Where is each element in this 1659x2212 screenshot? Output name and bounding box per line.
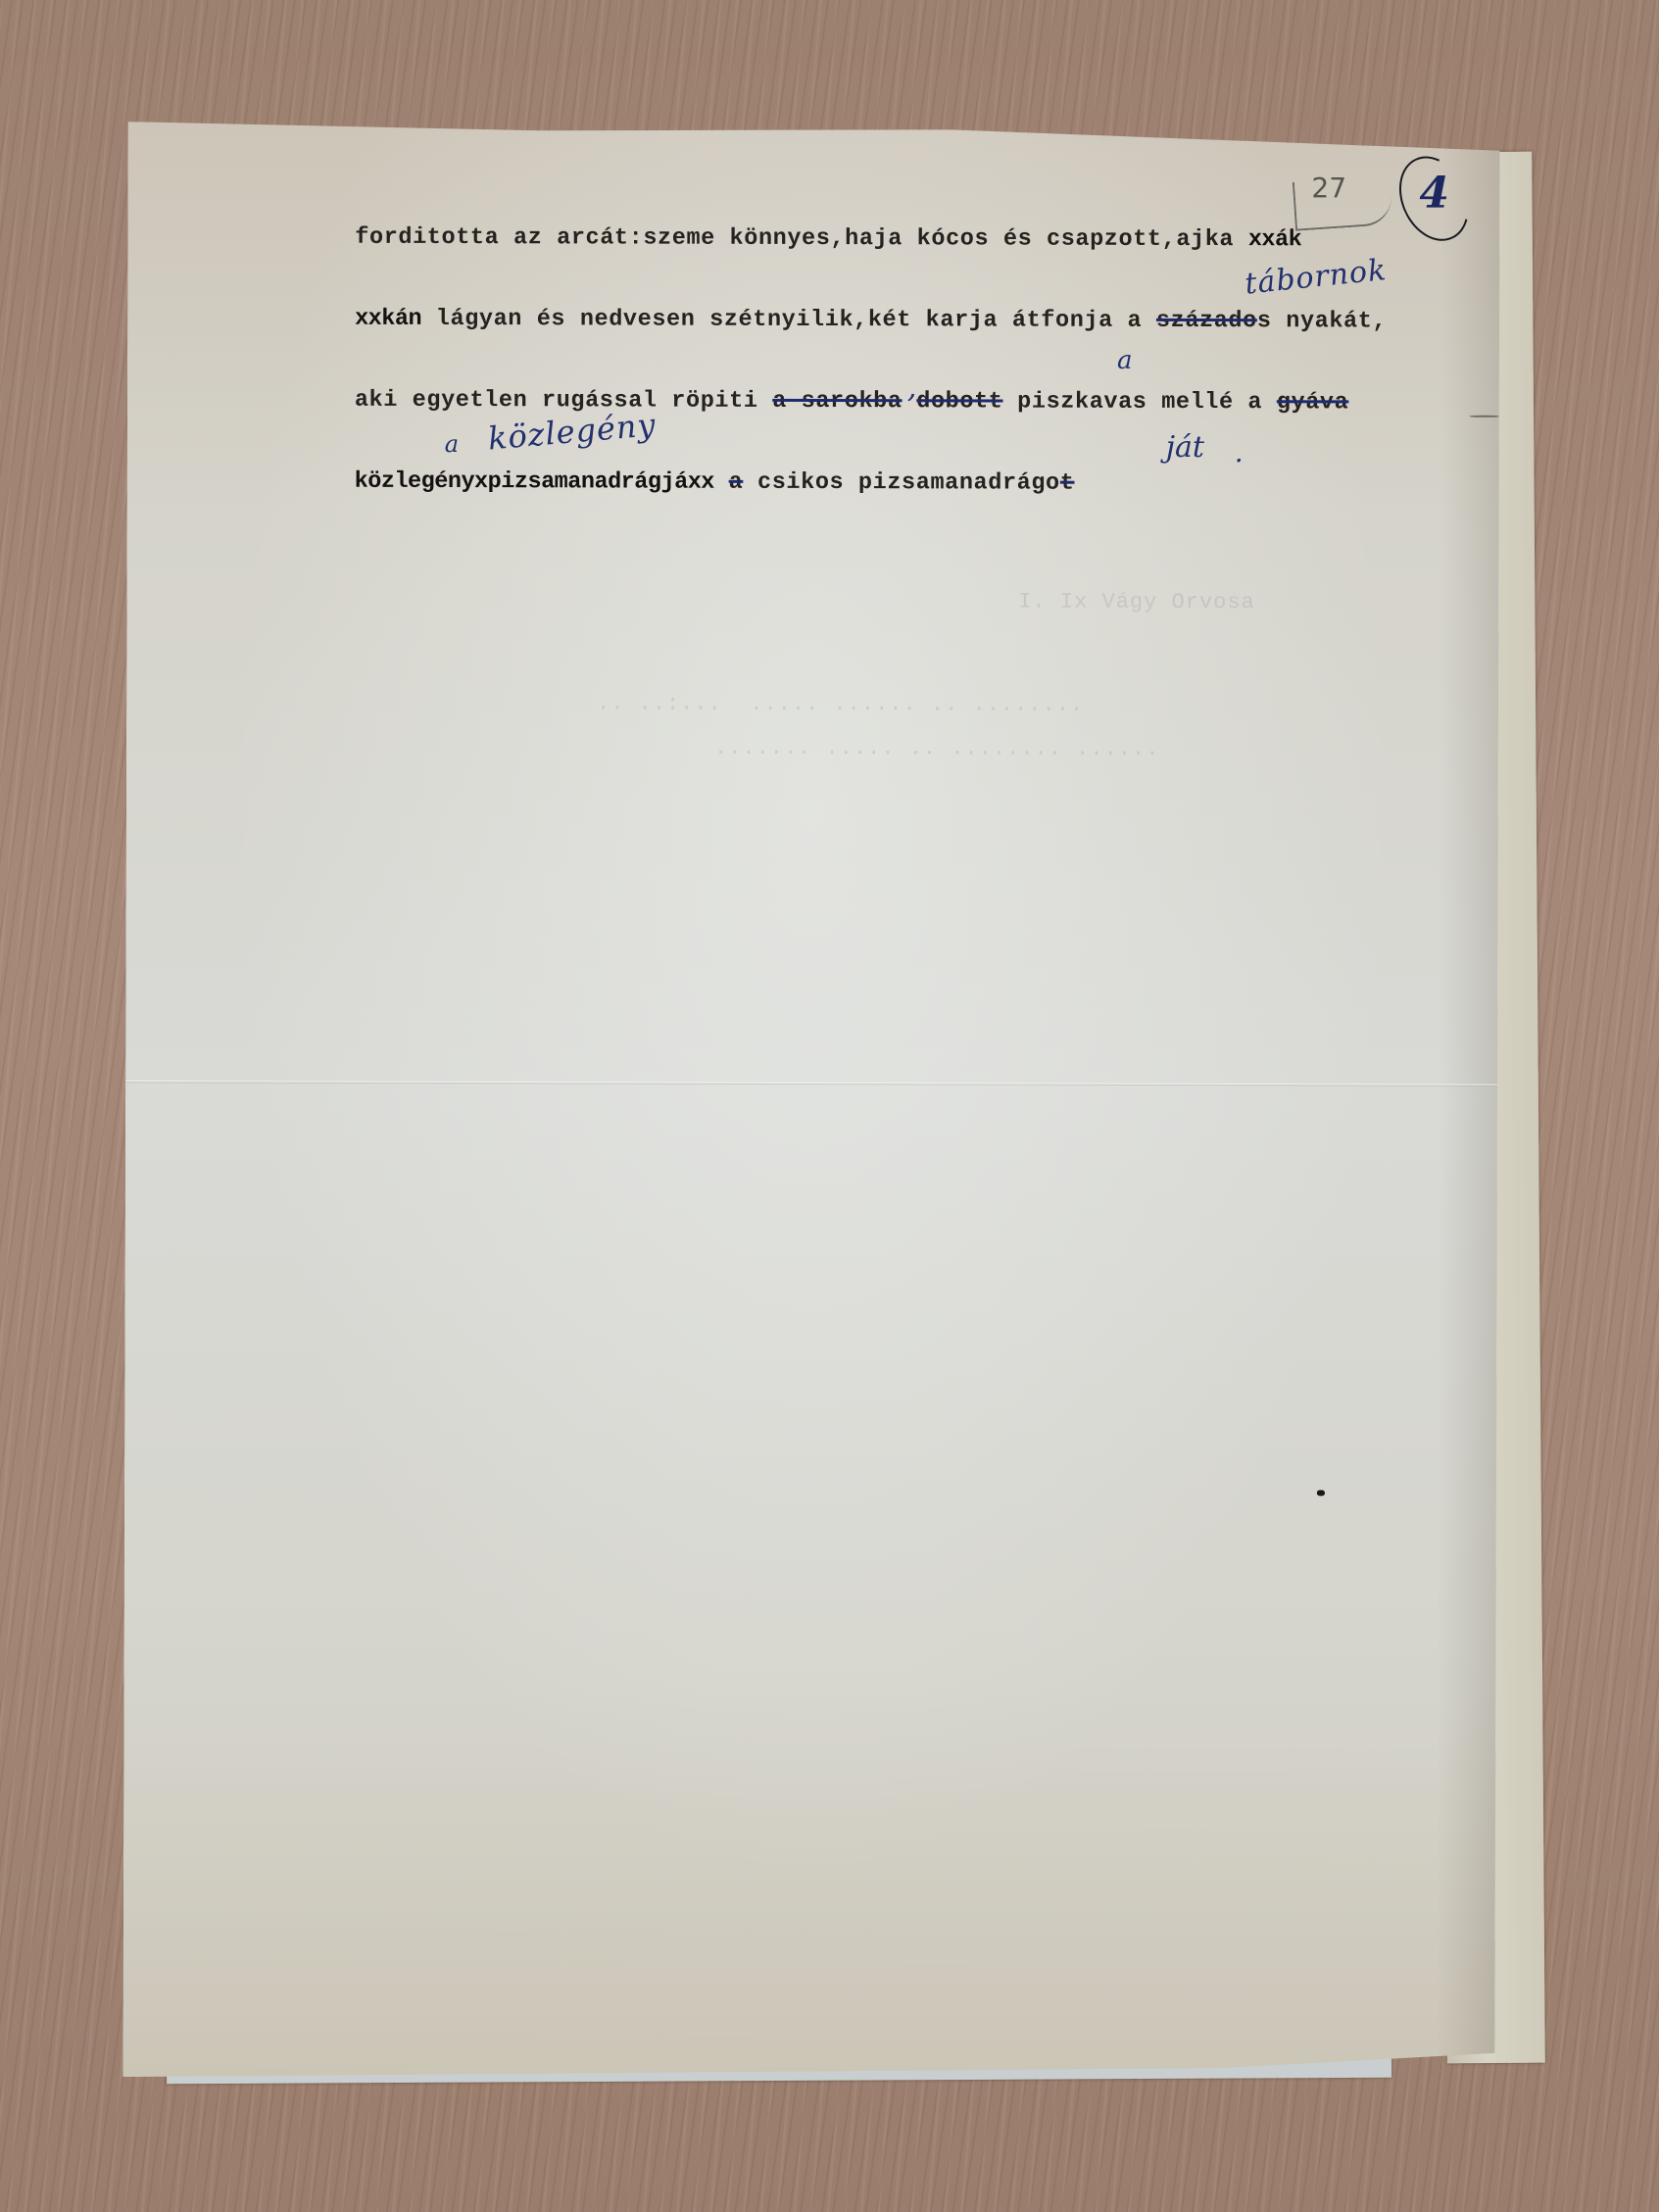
typed-line: aki egyetlen rugással röpiti a sarokba d… (355, 387, 1349, 419)
handwritten-period: . (1235, 436, 1244, 468)
typed-segment (714, 469, 729, 496)
ink-struck-word: százado (1156, 308, 1257, 334)
ink-struck-word: gyáva (1277, 389, 1349, 416)
typewritten-page: I. Ix Vágy Orvosa .. ..:... ..... ......… (122, 122, 1499, 2081)
typed-segment: forditotta az arcát:szeme könnyes,haja k… (355, 224, 1248, 253)
page-number: 4 (1419, 169, 1449, 219)
bleed-through-text: .. ..:... ..... ...... .. ........ (597, 691, 1084, 716)
typed-out-word: xxák (1248, 226, 1301, 253)
typed-line: közlegényxpizsamanadrágjáxx a csikos piz… (355, 468, 1075, 500)
pencil-folio-number: 27 (1311, 172, 1346, 204)
handwritten-suffix: ját (1166, 430, 1204, 465)
bleed-through-text: I. Ix Vágy Orvosa (1018, 590, 1255, 615)
handwritten-correction: tábornok (1244, 253, 1389, 302)
handwritten-comma: , (907, 370, 917, 405)
ink-speck (1317, 1490, 1325, 1496)
typed-out-word: xxkán (355, 306, 421, 332)
handwritten-correction: a (445, 430, 459, 458)
ink-struck-word: a sarokba (772, 388, 902, 415)
typed-segment: csikos pizsamanadrágo (743, 469, 1060, 497)
bleed-through-text: ....... ..... .. ........ ...... (714, 736, 1160, 762)
handwritten-correction: a (1117, 346, 1133, 375)
typed-segment: s nyakát, (1257, 308, 1387, 334)
typed-segment: aki egyetlen rugással röpiti (355, 387, 772, 415)
paper-fold-crease (125, 1080, 1497, 1087)
typed-segment: piszkavas mellé a (1002, 389, 1276, 417)
pencil-dash (1470, 416, 1499, 418)
typed-line: xxkán lágyan és nedvesen szétnyilik,két … (355, 306, 1387, 338)
typed-line: forditotta az arcát:szeme könnyes,haja k… (355, 224, 1301, 257)
typed-out-word: közlegényxpizsamanadrágjáxx (355, 468, 714, 496)
ink-struck-word: t (1060, 470, 1075, 497)
ink-struck-word: dobott (916, 388, 1002, 415)
ink-struck-word: a (729, 469, 744, 496)
typed-text-block: forditotta az arcát:szeme könnyes,haja k… (355, 224, 413, 383)
typed-segment: lágyan és nedvesen szétnyilik,két karja … (421, 306, 1156, 334)
